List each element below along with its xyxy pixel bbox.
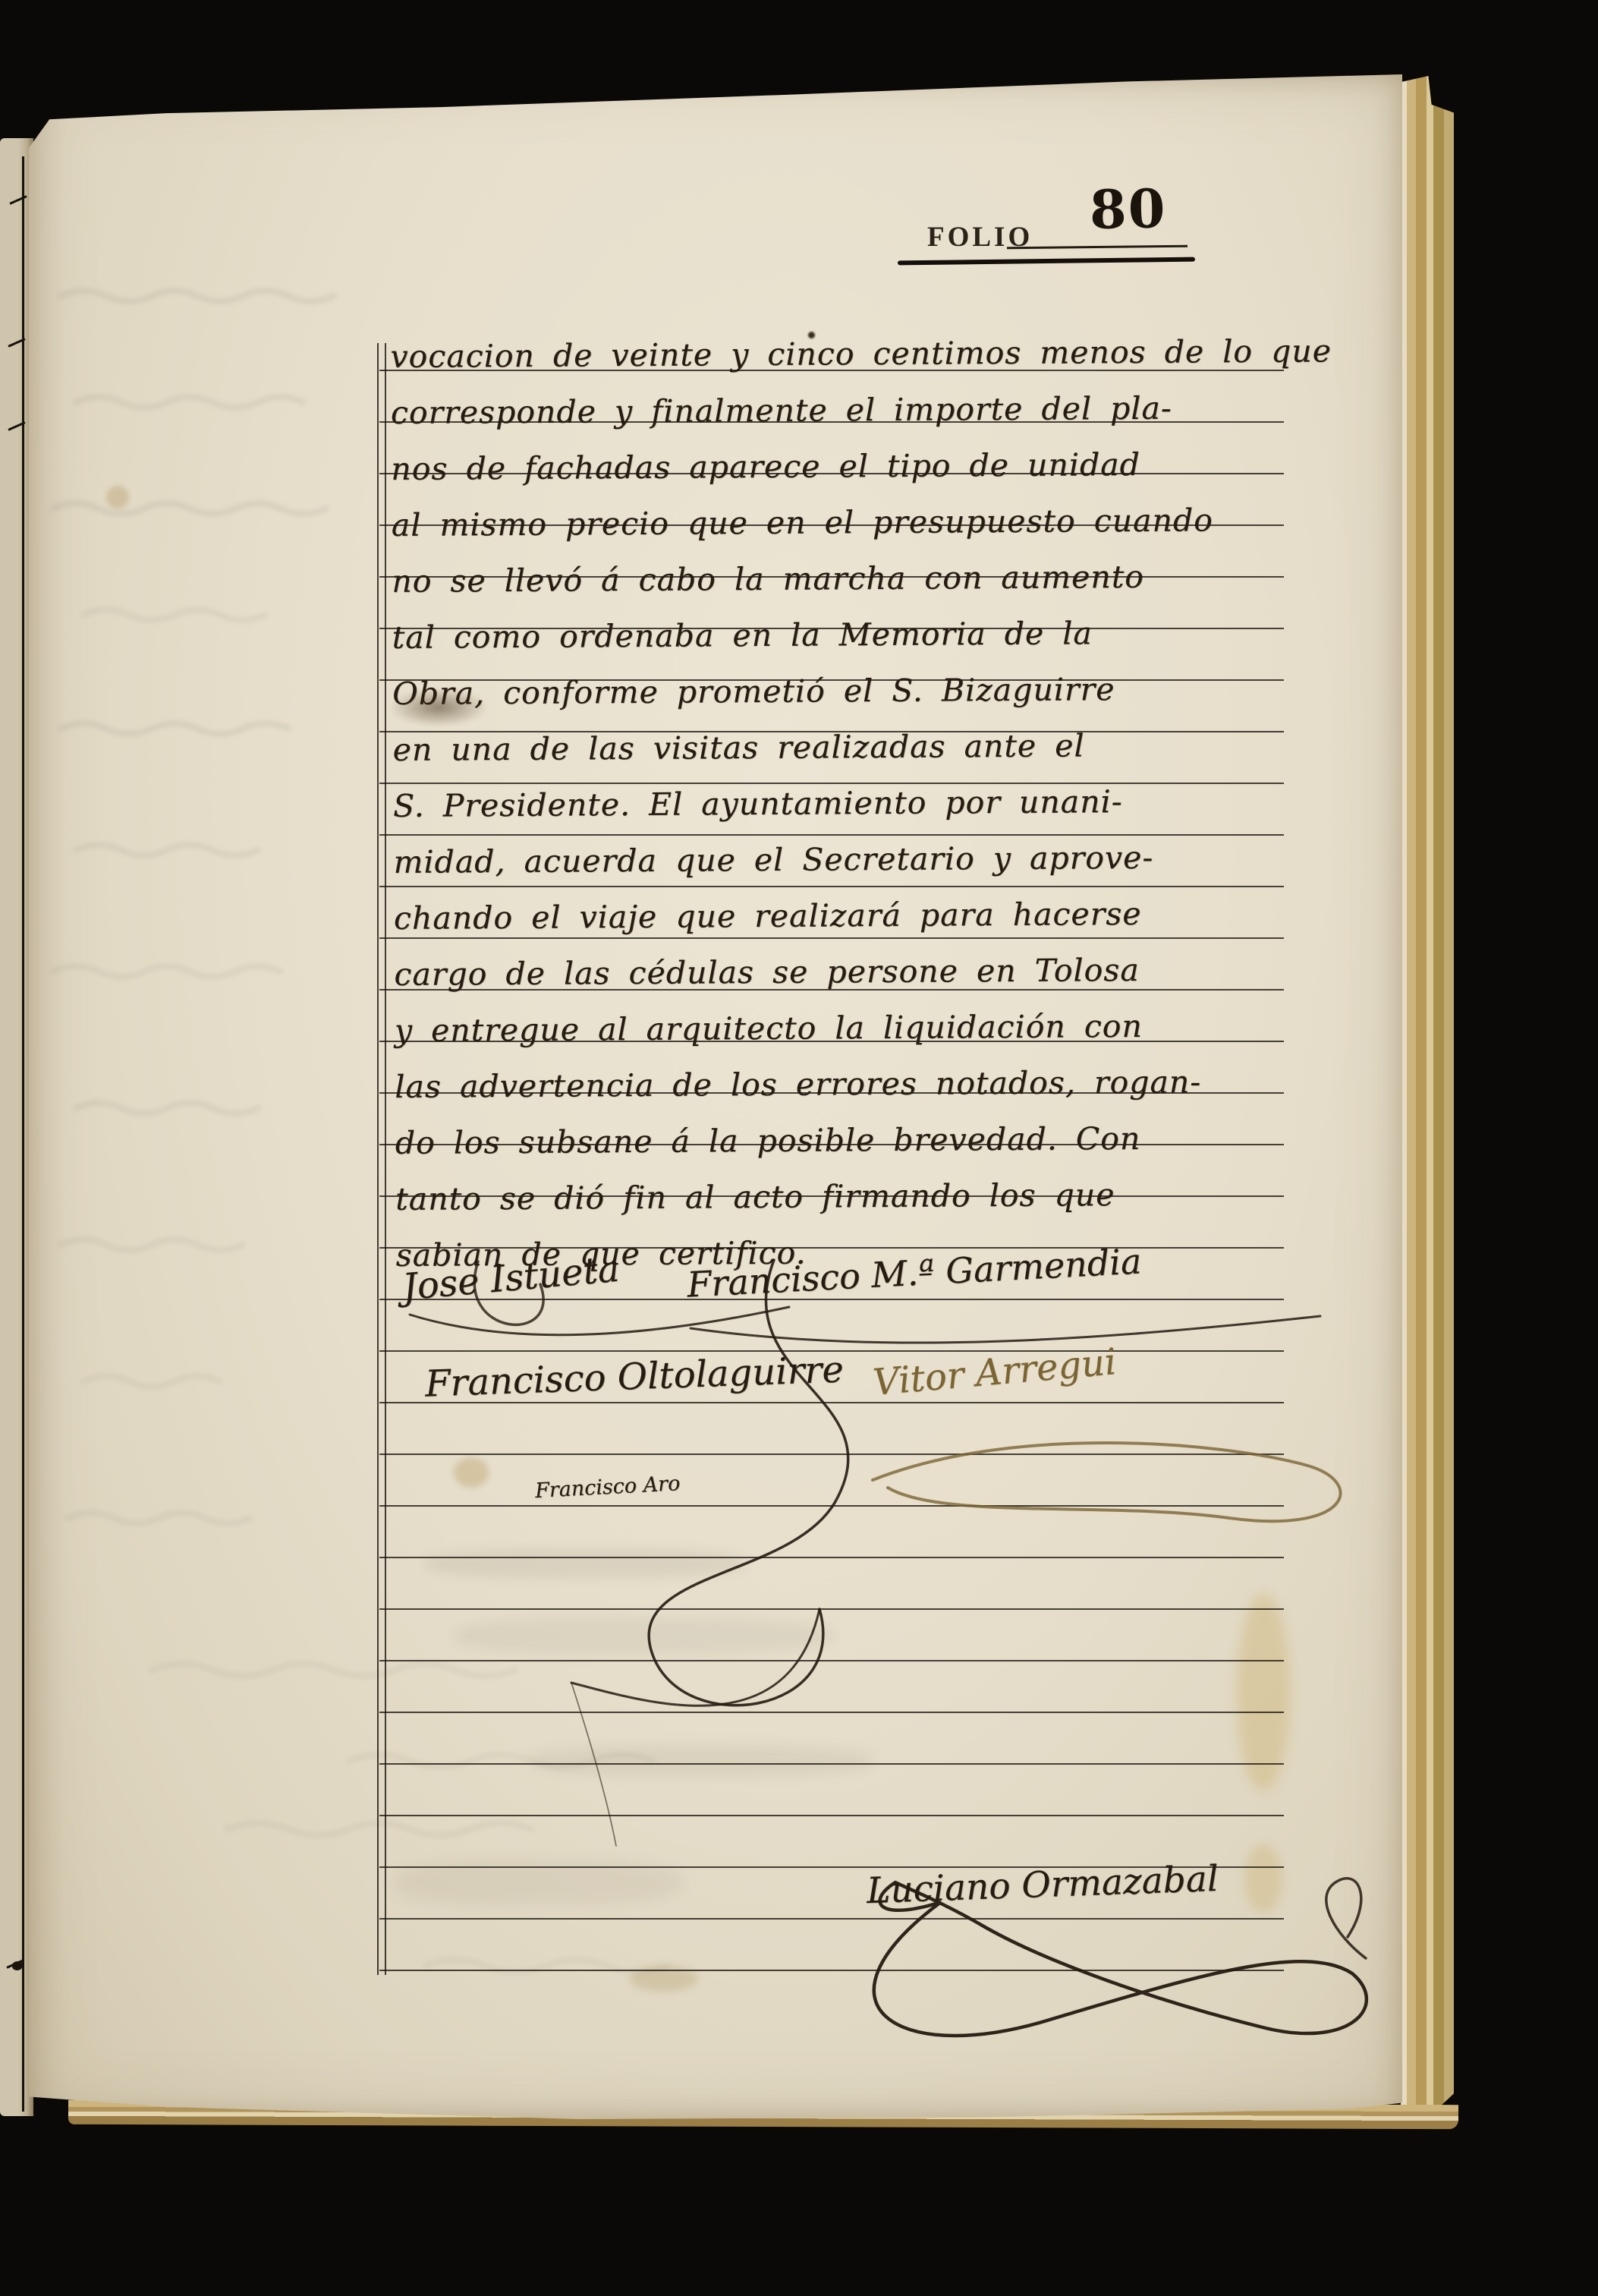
binding-thread: [22, 156, 24, 2112]
manuscript-line: y entregue al arquitecto la liquidación …: [395, 991, 1370, 1054]
manuscript-text-block: vocacion de veinte y cinco centimos meno…: [390, 317, 1371, 1278]
signature-flourishes: [364, 1214, 1411, 2087]
manuscript-line: no se llevó á cabo la marcha con aumento: [392, 542, 1367, 604]
binding-gutter: [0, 138, 33, 2116]
manuscript-line: chando el viaje que realizará para hacer…: [394, 879, 1369, 941]
manuscript-line: tanto se dió fin al acto firmando los qu…: [395, 1160, 1370, 1222]
manuscript-line: al mismo precio que en el presupuesto cu…: [392, 486, 1367, 548]
manuscript-line: en una de las visitas realizadas ante el: [392, 710, 1367, 773]
manuscript-line: cargo de las cédulas se persone en Tolos…: [394, 935, 1369, 997]
manuscript-line: midad, acuerda que el Secretario y aprov…: [393, 823, 1368, 885]
ink-blot-obra: [388, 688, 489, 727]
manuscript-line: Obra, conforme prometió el S. Bizaguirre: [392, 654, 1367, 717]
manuscript-line: tal como ordenaba en la Memoria de la: [392, 598, 1367, 660]
paper-stain: [106, 486, 129, 509]
manuscript-line: do los subsane á la posible brevedad. Co…: [395, 1104, 1370, 1166]
manuscript-line: las advertencia de los errores notados, …: [395, 1047, 1370, 1110]
photographed-ledger-scan: FOLIO 80 vocacion de veinte y cinco cent…: [0, 0, 1598, 2296]
manuscript-line: S. Presidente. El ayuntamiento por unani…: [393, 767, 1368, 829]
manuscript-line: nos de fachadas aparece el tipo de unida…: [391, 430, 1366, 492]
folio-number: 80: [1089, 177, 1167, 241]
manuscript-line: vocacion de veinte y cinco centimos meno…: [390, 317, 1365, 380]
manuscript-line: corresponde y finalmente el importe del …: [391, 373, 1366, 436]
